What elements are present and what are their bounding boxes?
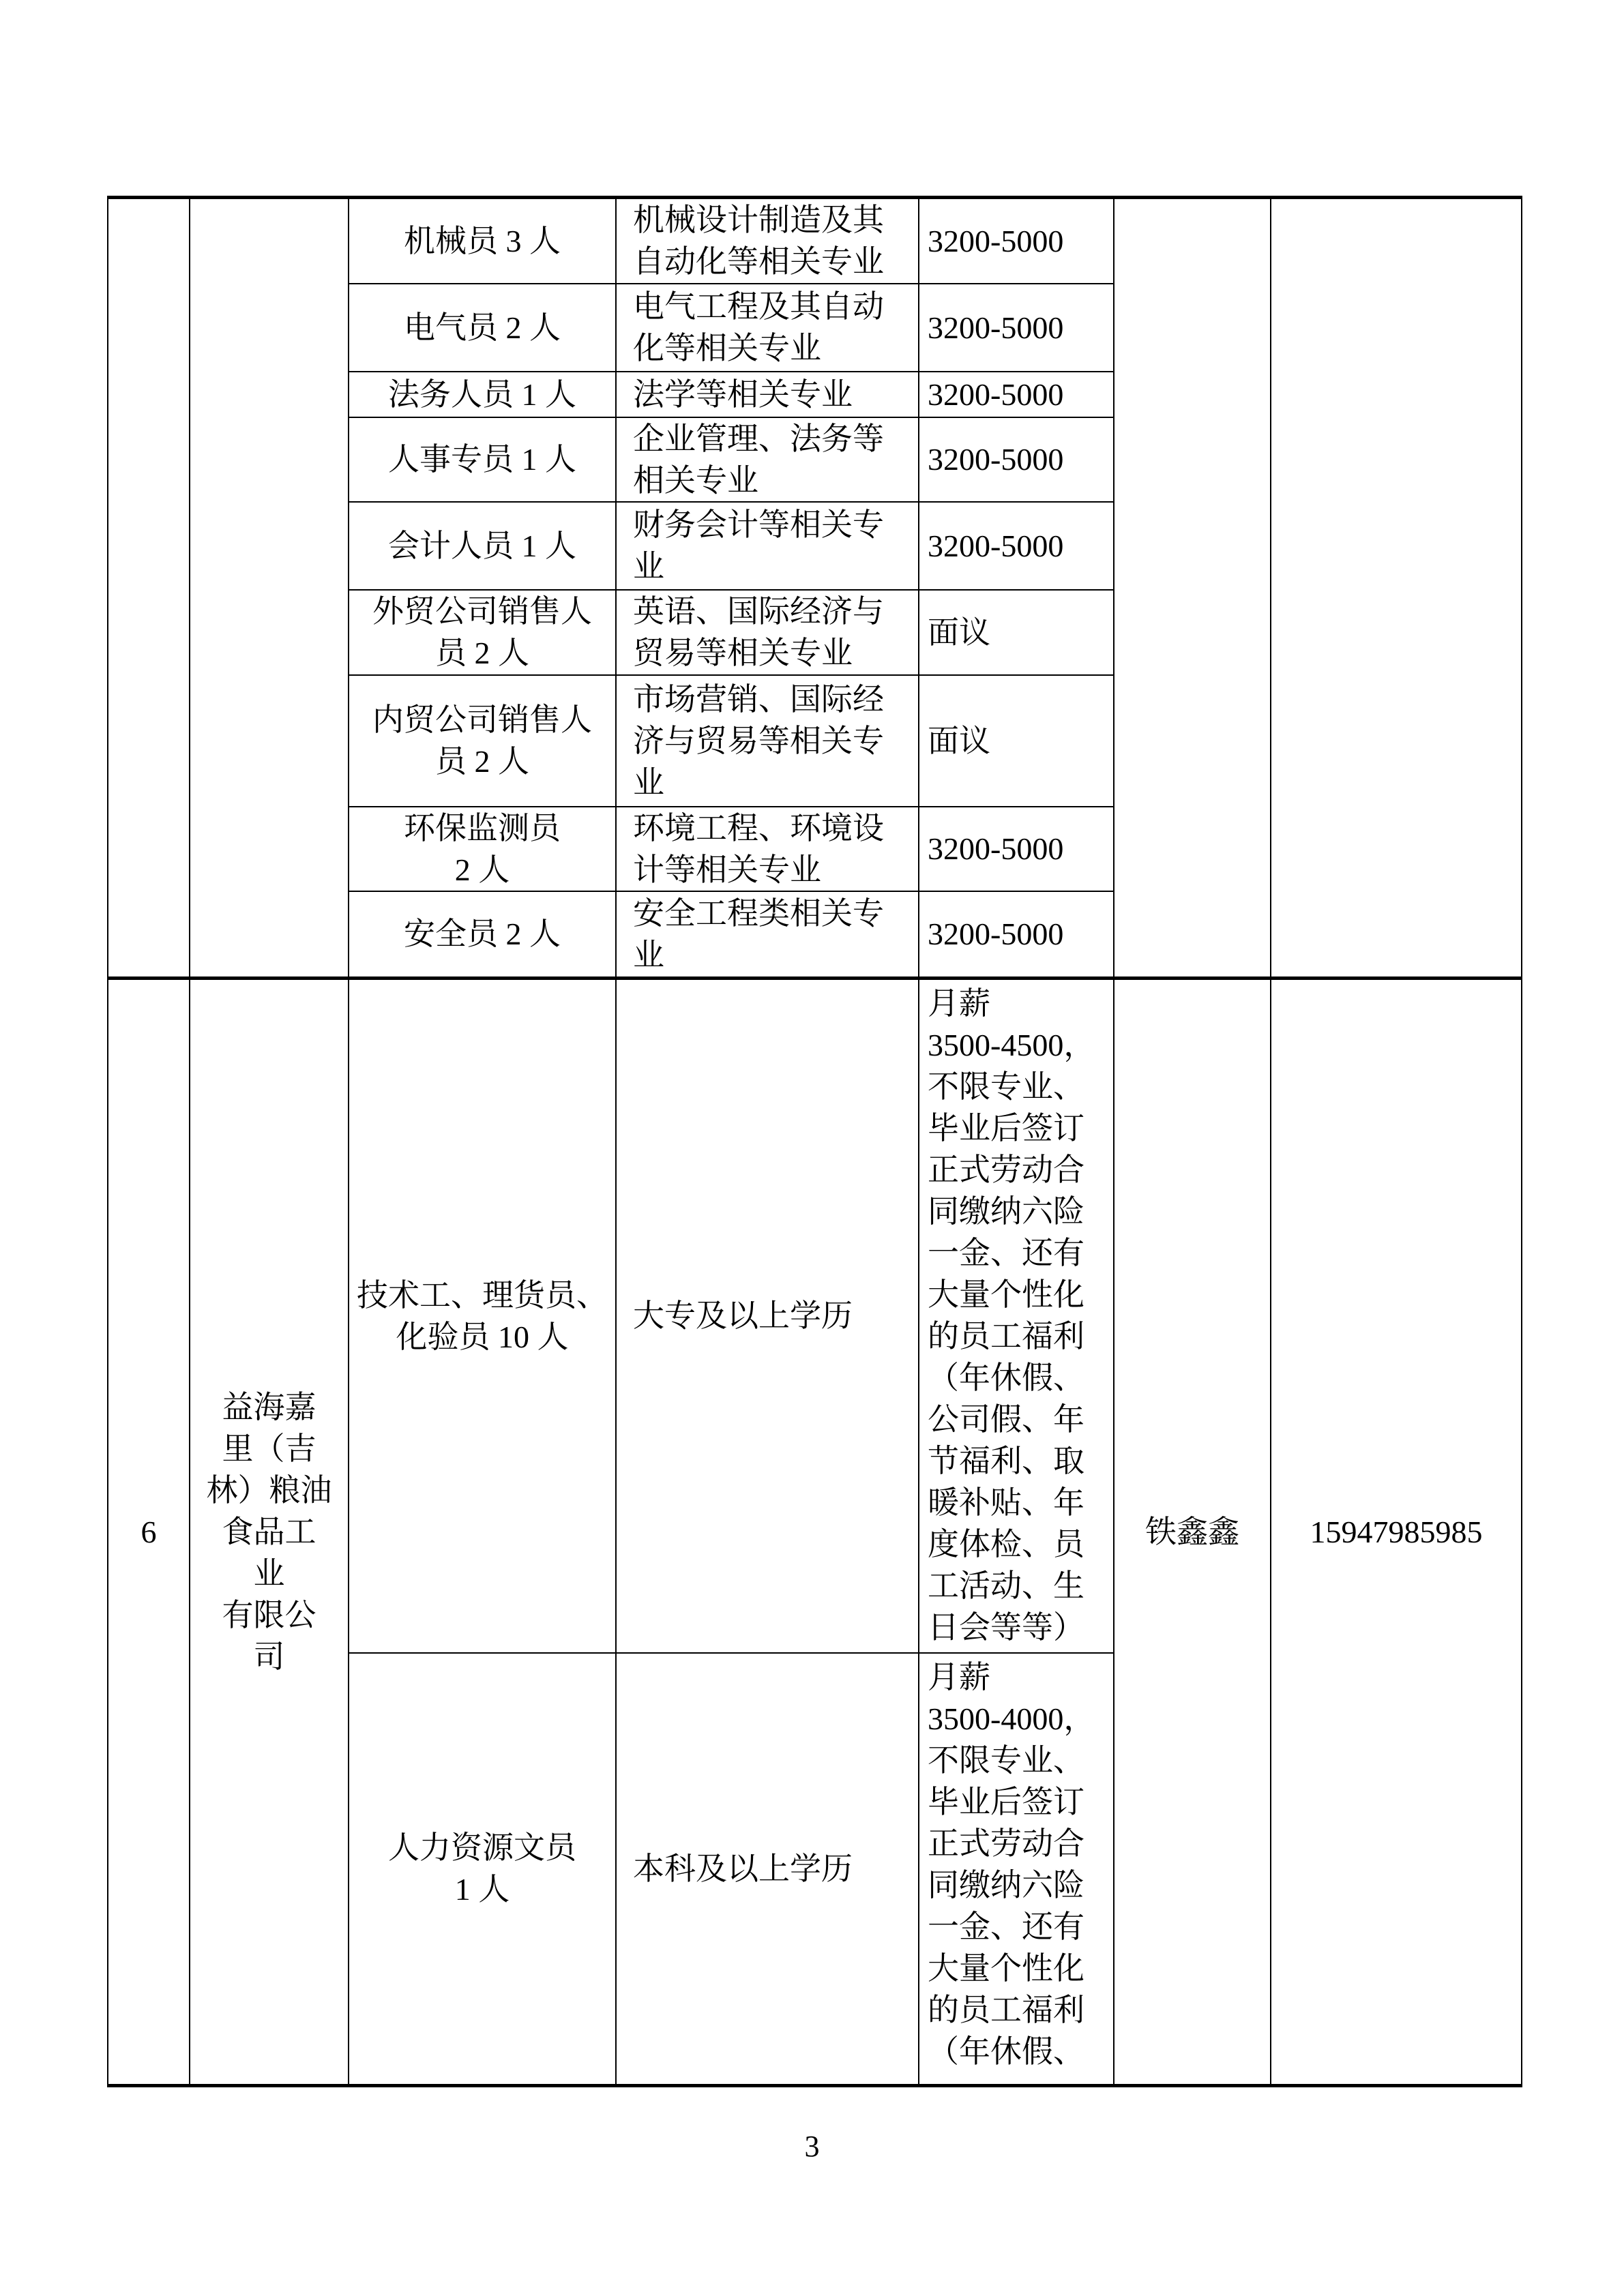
major-cell: 电气工程及其自动 化等相关专业 [616,284,919,372]
major-cell: 市场营销、国际经 济与贸易等相关专 业 [616,675,919,807]
major-cell: 机械设计制造及其 自动化等相关专业 [616,198,919,284]
company-cell: 益海嘉 里（吉 林）粮油 食品工 业 有限公 司 [190,979,349,2086]
salary-cell: 3200-5000 [919,502,1114,590]
position-cell: 内贸公司销售人 员 2 人 [349,675,616,807]
major-cell: 法学等相关专业 [616,372,919,417]
position-cell: 环保监测员 2 人 [349,807,616,891]
position-cell: 外贸公司销售人 员 2 人 [349,590,616,675]
phone-cell-empty [1271,198,1522,979]
index-cell: 6 [108,979,190,2086]
major-cell: 财务会计等相关专 业 [616,502,919,590]
index-cell-empty [108,198,190,979]
salary-cell: 3200-5000 [919,891,1114,979]
table-row: 机械员 3 人 机械设计制造及其 自动化等相关专业 3200-5000 [108,198,1522,284]
table-row: 6 益海嘉 里（吉 林）粮油 食品工 业 有限公 司 技术工、理货员、 化验员 … [108,979,1522,1653]
salary-cell: 3200-5000 [919,284,1114,372]
major-cell: 本科及以上学历 [616,1653,919,2086]
position-cell: 机械员 3 人 [349,198,616,284]
position-cell: 技术工、理货员、 化验员 10 人 [349,979,616,1653]
position-cell: 法务人员 1 人 [349,372,616,417]
salary-benefits-cell: 月薪 3500-4000， 不限专业、 毕业后签订 正式劳动合 同缴纳六险 一金… [919,1653,1114,2086]
position-cell: 人事专员 1 人 [349,417,616,502]
position-cell: 电气员 2 人 [349,284,616,372]
salary-cell: 3200-5000 [919,198,1114,284]
contact-cell-empty [1114,198,1271,979]
major-cell: 安全工程类相关专 业 [616,891,919,979]
company-cell-empty [190,198,349,979]
major-cell: 大专及以上学历 [616,979,919,1653]
salary-cell: 3200-5000 [919,807,1114,891]
salary-cell: 3200-5000 [919,417,1114,502]
recruitment-table: 机械员 3 人 机械设计制造及其 自动化等相关专业 3200-5000 电气员 … [107,196,1522,2087]
position-cell: 安全员 2 人 [349,891,616,979]
salary-cell: 面议 [919,590,1114,675]
salary-benefits-cell: 月薪 3500-4500， 不限专业、 毕业后签订 正式劳动合 同缴纳六险 一金… [919,979,1114,1653]
position-cell: 会计人员 1 人 [349,502,616,590]
contact-cell: 铁鑫鑫 [1114,979,1271,2086]
major-cell: 环境工程、环境设 计等相关专业 [616,807,919,891]
major-cell: 英语、国际经济与 贸易等相关专业 [616,590,919,675]
salary-cell: 面议 [919,675,1114,807]
position-cell: 人力资源文员 1 人 [349,1653,616,2086]
phone-cell: 15947985985 [1271,979,1522,2086]
document-page: 机械员 3 人 机械设计制造及其 自动化等相关专业 3200-5000 电气员 … [0,0,1624,2296]
major-cell: 企业管理、法务等 相关专业 [616,417,919,502]
salary-cell: 3200-5000 [919,372,1114,417]
page-number: 3 [0,2126,1624,2167]
